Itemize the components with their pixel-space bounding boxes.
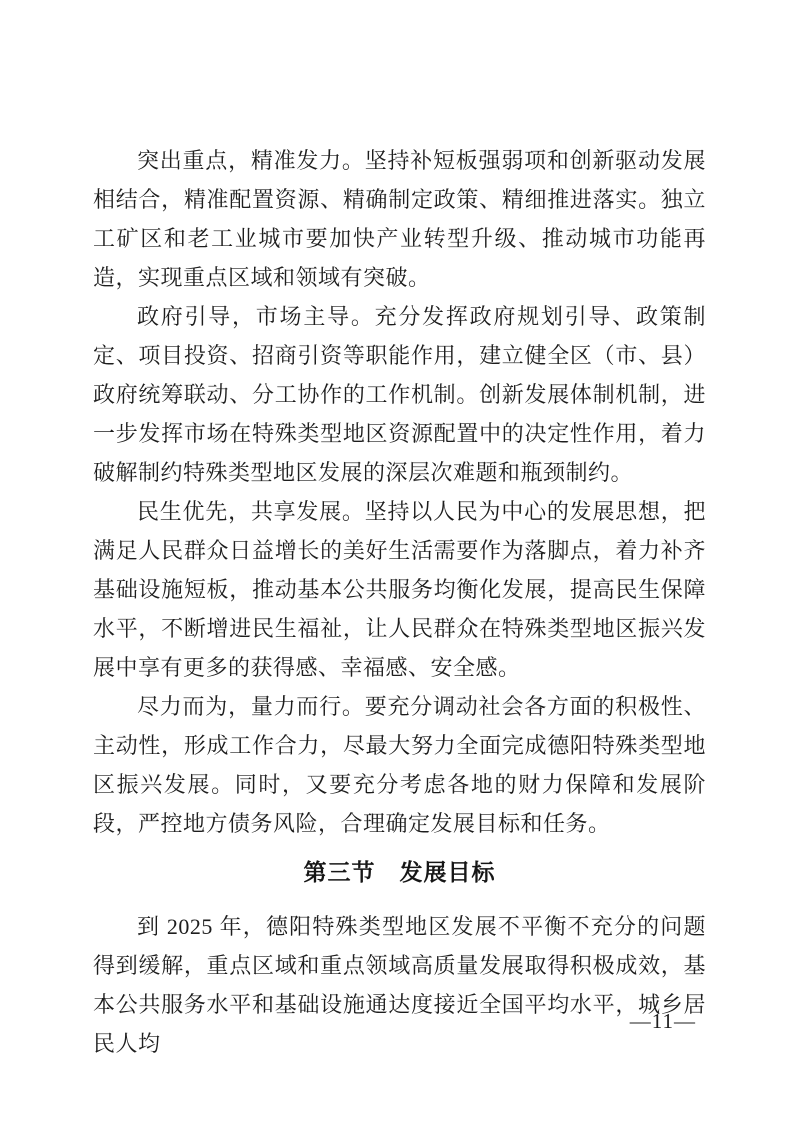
document-page: 突出重点，精准发力。坚持补短板强弱项和创新驱动发展相结合，精准配置资源、精确制定…	[0, 0, 793, 1122]
paragraph-act-within-means: 尽力而为，量力而行。要充分调动社会各方面的积极性、主动性，形成工作合力，尽最大努…	[93, 687, 706, 843]
paragraph-2025-goals: 到 2025 年，德阳特殊类型地区发展不平衡不充分的问题得到缓解，重点区域和重点…	[93, 907, 706, 1063]
page-number: —11—	[630, 1008, 696, 1034]
paragraph-livelihood-priority: 民生优先，共享发展。坚持以人民为中心的发展思想，把满足人民群众日益增长的美好生活…	[93, 492, 706, 687]
section-heading-development-goals: 第三节 发展目标	[93, 853, 706, 892]
paragraph-government-guidance: 政府引导，市场主导。充分发挥政府规划引导、政策制定、项目投资、招商引资等职能作用…	[93, 297, 706, 492]
page-body: 突出重点，精准发力。坚持补短板强弱项和创新驱动发展相结合，精准配置资源、精确制定…	[93, 141, 706, 1063]
paragraph-highlight-key-points: 突出重点，精准发力。坚持补短板强弱项和创新驱动发展相结合，精准配置资源、精确制定…	[93, 141, 706, 297]
